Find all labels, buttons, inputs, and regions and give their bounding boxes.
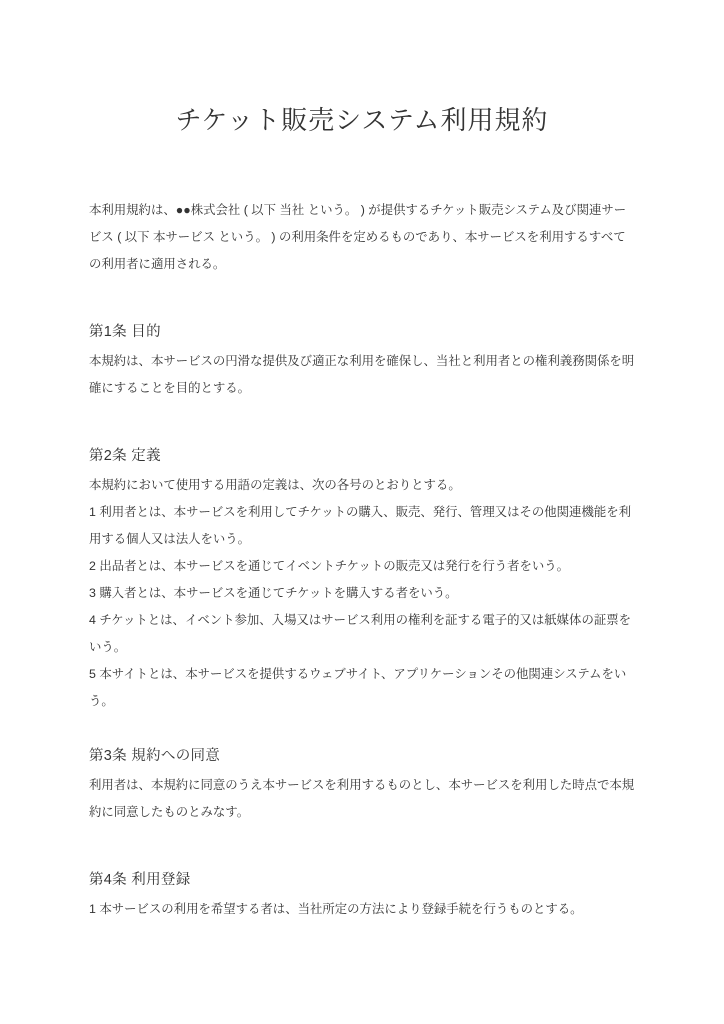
intro-paragraph: 本利用規約は、●●株式会社 ( 以下 当社 という。 ) が提供するチケット販売… [89,197,635,278]
section-paragraph: 利用者は、本規約に同意のうえ本サービスを利用するものとし、本サービスを利用した時… [89,772,635,826]
section-article-1: 第1条 目的 本規約は、本サービスの円滑な提供及び適正な利用を確保し、当社と利用… [89,319,635,402]
section-article-3: 第3条 規約への同意 利用者は、本規約に同意のうえ本サービスを利用するものとし、… [89,743,635,826]
definition-item: 3 購入者とは、本サービスを通じてチケットを購入する者をいう。 [89,580,635,607]
definition-item: 1 利用者とは、本サービスを利用してチケットの購入、販売、発行、管理又はその他関… [89,499,635,553]
definition-item: 4 チケットとは、イベント参加、入場又はサービス利用の権利を証する電子的又は紙媒… [89,607,635,661]
section-paragraph: 本規約は、本サービスの円滑な提供及び適正な利用を確保し、当社と利用者との権利義務… [89,348,635,402]
section-heading-article-4: 第4条 利用登録 [89,867,635,894]
section-paragraph: 本規約において使用する用語の定義は、次の各号のとおりとする。 [89,472,635,499]
section-article-2: 第2条 定義 本規約において使用する用語の定義は、次の各号のとおりとする。 1 … [89,443,635,715]
section-heading-article-3: 第3条 規約への同意 [89,743,635,770]
section-article-4: 第4条 利用登録 1 本サービスの利用を希望する者は、当社所定の方法により登録手… [89,867,635,923]
definition-item: 5 本サイトとは、本サービスを提供するウェブサイト、アプリケーションその他関連シ… [89,661,635,715]
document-page: チケット販売システム利用規約 本利用規約は、●●株式会社 ( 以下 当社 という… [0,0,724,1024]
section-heading-article-1: 第1条 目的 [89,319,635,346]
section-heading-article-2: 第2条 定義 [89,443,635,470]
page-title: チケット販売システム利用規約 [89,99,635,142]
definition-item: 2 出品者とは、本サービスを通じてイベントチケットの販売又は発行を行う者をいう。 [89,553,635,580]
section-paragraph: 1 本サービスの利用を希望する者は、当社所定の方法により登録手続を行うものとする… [89,896,635,923]
